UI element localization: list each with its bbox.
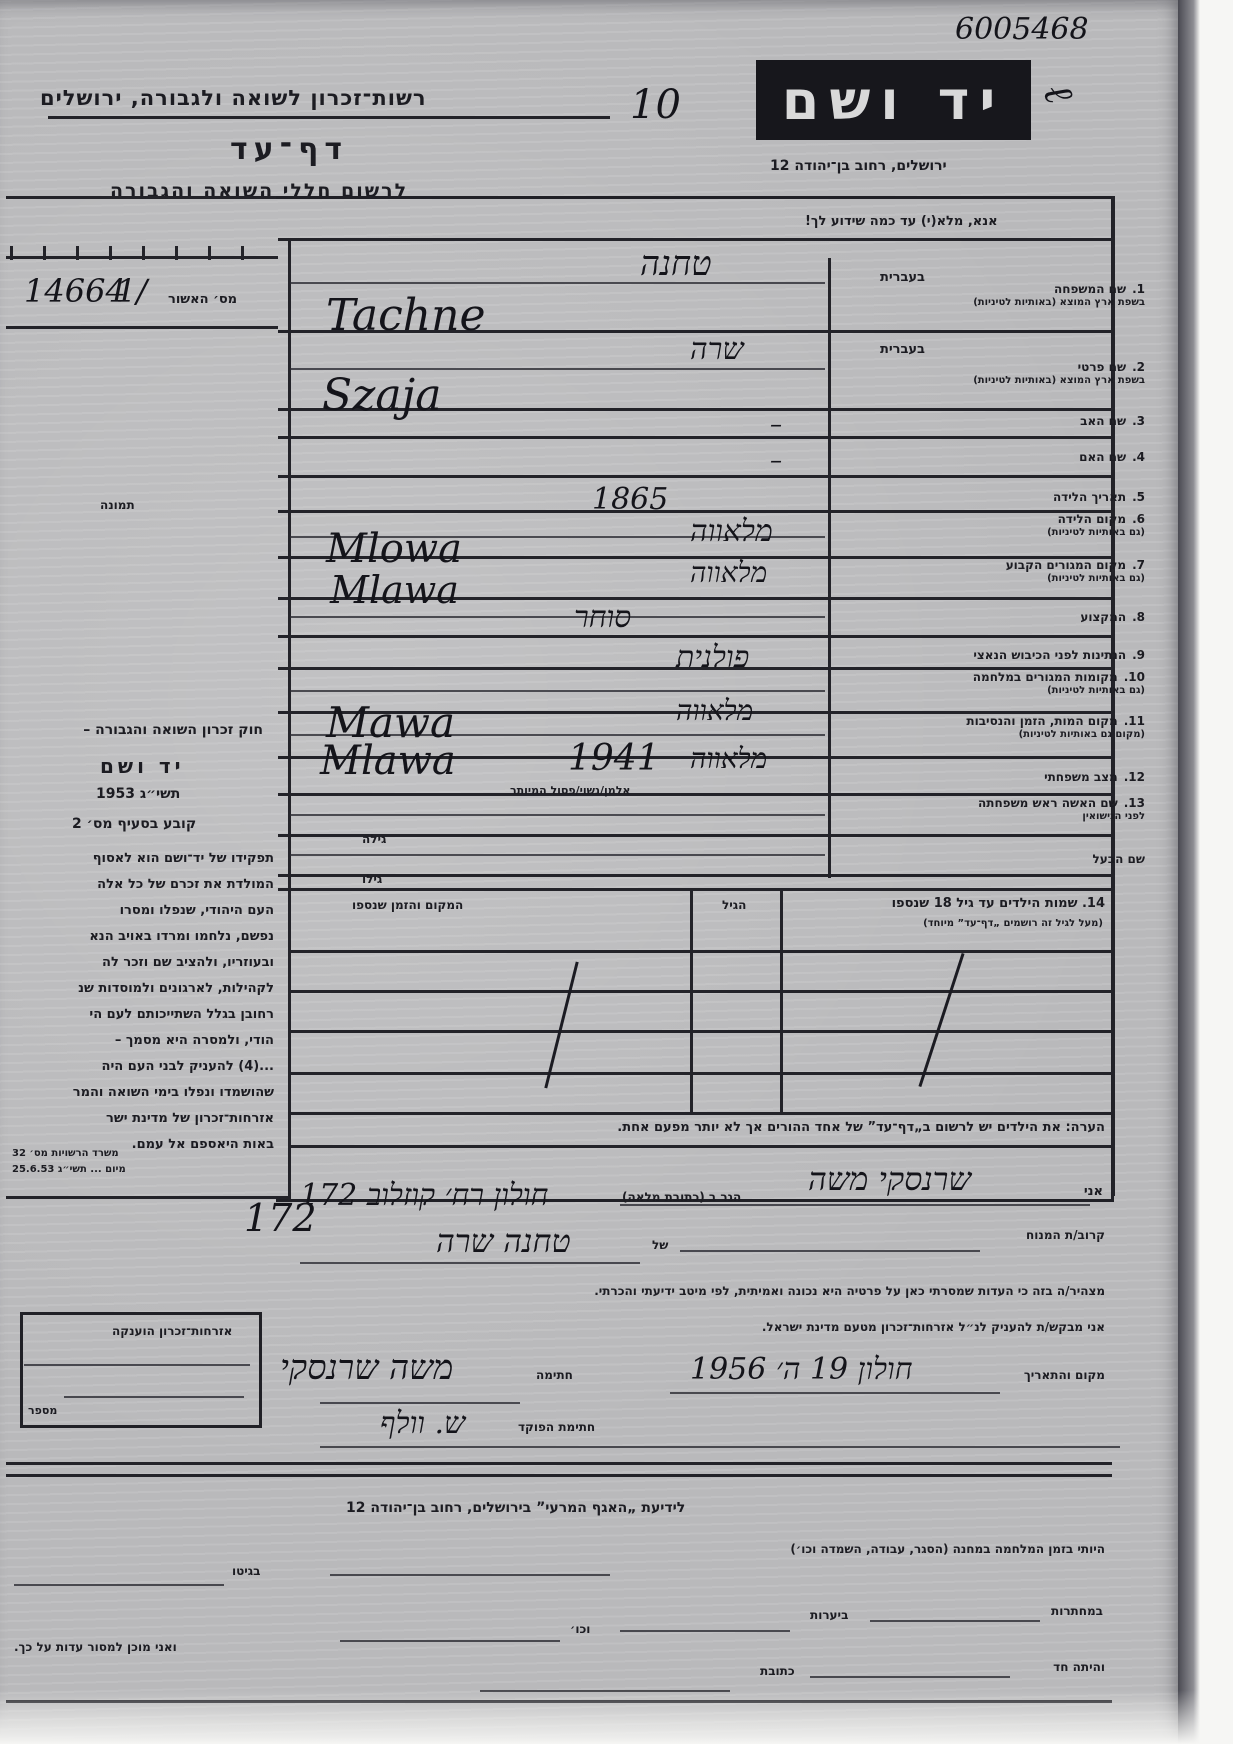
yad-vashem-logo: יד ושם [756,60,1031,140]
official-signature-label: חתימת הפוקד [518,1420,595,1434]
field-label-residence: 7.מקום המגורים הקבוע(גם באותיות לטיניות) [1006,558,1145,586]
official-signature-value: ש. וולף [380,1406,465,1441]
law-name: יד ושם [100,754,185,778]
table-col-divider [690,888,693,1112]
office-title: לידיעת „האגף המרעי” בירושלים, רחוב בן־יה… [346,1500,685,1516]
field-label-wartime-residence: 10.מקומות המגורים במלחמה(גם באותיות לטינ… [973,670,1145,698]
office-forest-label: ביערות [810,1608,848,1622]
declaration-i-label: אני [1084,1184,1103,1199]
hebrew-tag: בעברית [880,270,925,285]
law-year: תשי״ג 1953 [96,786,180,802]
registration-number: 14664 [24,272,126,310]
value-wartime-residence-hebrew: מלאווה [676,694,753,728]
value-family-name-latin: Tachne [326,290,486,341]
sheet-edge-shadow [1178,0,1200,1744]
value-first-name-latin: Szaja [322,370,441,421]
value-father: – [770,410,782,438]
field-label-profession: 8.המקצוע [1080,610,1145,624]
law-body: תפקידו של יד־ושם הוא לאסוף המולדת את זכר… [12,846,274,1158]
hebrew-tag: בעברית [880,342,925,357]
office-etc-label: וכו׳ [570,1622,590,1636]
office-testimony-label: ואני מוכן למסור עדות על כך. [14,1640,177,1654]
children-note: הערה: את הילדים יש לרשום ב„דף־עד” של אחד… [617,1120,1105,1135]
photo-label: תמונה [100,498,135,512]
office-visit-label: והיתה חד [1053,1660,1105,1674]
office-ghetto-label: בגיטו [232,1564,260,1578]
value-first-name-hebrew: שרה [690,332,744,367]
scan-bottom-fade [0,1690,1200,1744]
declarant-address: חולון רח׳ קוזלוב 172 [300,1178,548,1213]
label-wife-age: גילה [362,832,386,846]
place-date-value: חולון 19 ה׳ 1956 [690,1352,912,1387]
value-family-name-hebrew: טחנה [640,244,712,284]
value-nationality: פולנית [676,640,749,675]
tick-row [10,246,270,260]
law-footer-2: מיום ... תשי״ג 25.6.53 [12,1164,126,1175]
registration-label: מס׳ האשור [168,292,237,307]
registration-suffix: 1/ [116,272,147,310]
archive-number-scrawl: 6005468 [955,12,1089,47]
table-col-divider [780,888,783,1112]
value-marital-status: אלמן/נשוי/פסול המיותר [510,784,630,797]
children-col-place: המקום והזמן שנספו [352,898,463,912]
left-border [288,240,291,1200]
value-residence-hebrew: מלאווה [690,556,767,590]
organization-line: רשות־זכרון לשואה ולגבורה, ירושלים [40,86,427,110]
law-clause: קובע בסעיף מס׳ 2 [72,816,196,832]
certificate-number-label: מספר [28,1404,57,1417]
office-line-1: היותי בזמן המלחמה במחנה (הסגר, עבודה, הש… [790,1542,1105,1556]
address: ירושלים, רחוב בן־יהודה 12 [770,158,947,174]
of-label: של [652,1238,668,1252]
field-label-wife-maiden: 13.שם האשה ראש משפחתהלפני הנישואין [978,796,1145,824]
field-label-marital-status: 12.מצב משפחתי [1044,770,1145,784]
field-label-first-name: 2.שם פרטיבשפת ארץ המוצא (באותיות לטיניות… [973,360,1145,388]
instruction-text: אנא, מלא(י) עד כמה שידוע לך! [805,214,998,229]
signature-value: משה שרנסקי [280,1348,453,1388]
form-title: דף־עד [230,132,348,167]
margin-number: 172 [244,1196,317,1240]
statement-text: מצהיר/ה בזה כי העדות שמסרתי כאן על פרטיה… [594,1284,1105,1298]
value-profession: סוחר [574,600,631,635]
certificate-box-title: אזרחות־זכרון הוענקה [112,1324,232,1338]
field-label-mother: 4.שם האם [1079,450,1145,464]
field-label-birth-date: 5.תאריך הלידה [1053,490,1145,504]
address-label: הגר ב (כתובת מלאה) [622,1190,741,1204]
value-death-year: 1941 [568,738,660,779]
field-label-death-place: 11.מקום המות, הזמן והנסיבות(מקום גם באות… [966,714,1145,742]
children-title-sub: (מעל לגיל זה רושמים „דף־עד” מיוחד) [923,918,1103,929]
children-title: 14. שמות הילדים עד גיל 18 שנספו [892,896,1105,911]
victim-name-repeat: טחנה שרה [436,1222,571,1260]
handwritten-page-mark: 10 [630,82,681,128]
field-label-birth-place: 6.מקום הלידה(גם באותיות לטיניות) [1047,512,1145,540]
law-footer-1: משרד הרשויות מס׳ 32 [12,1148,119,1159]
relation-label: קרוב/ת המנוח [1026,1228,1105,1242]
value-birth-place-hebrew: מלאווה [690,514,773,549]
declarant-name: שרנסקי משה [808,1160,971,1198]
value-death-place-latin: Mlawa [320,738,456,784]
law-title: חוק זכרון השואה והגבורה – [83,722,263,738]
children-col-age: הגיל [722,898,746,912]
field-label-nationality: 9.הנתינות לפני הכיבוש הנאצי [973,648,1145,662]
value-mother: – [770,446,782,474]
label-husband-age: גילו [362,872,382,886]
value-residence-latin: Mlawa [330,568,459,612]
divider [48,116,610,119]
place-date-label: מקום והתאריך [1024,1368,1105,1382]
value-birth-date: 1865 [592,482,668,517]
field-label-family-name: 1.שם המשפחהבשפת ארץ המוצא (באותיות לטיני… [973,282,1145,310]
field-label-husband: שם הבעל [1093,852,1145,866]
office-underground-label: במחתרות [1051,1604,1103,1618]
office-address-label: כתובת [760,1664,795,1678]
value-birth-place-latin: Mlowa [326,526,462,572]
field-label-father: 3.שם האב [1080,414,1145,428]
label-column-divider [828,258,831,878]
request-text: אני מבקש/ת להעניק לנ״ל אזרחות־זכרון מטעם… [762,1320,1105,1334]
signature-label: חתימה [536,1368,573,1382]
value-death-place-hebrew: מלאווה [690,742,767,776]
